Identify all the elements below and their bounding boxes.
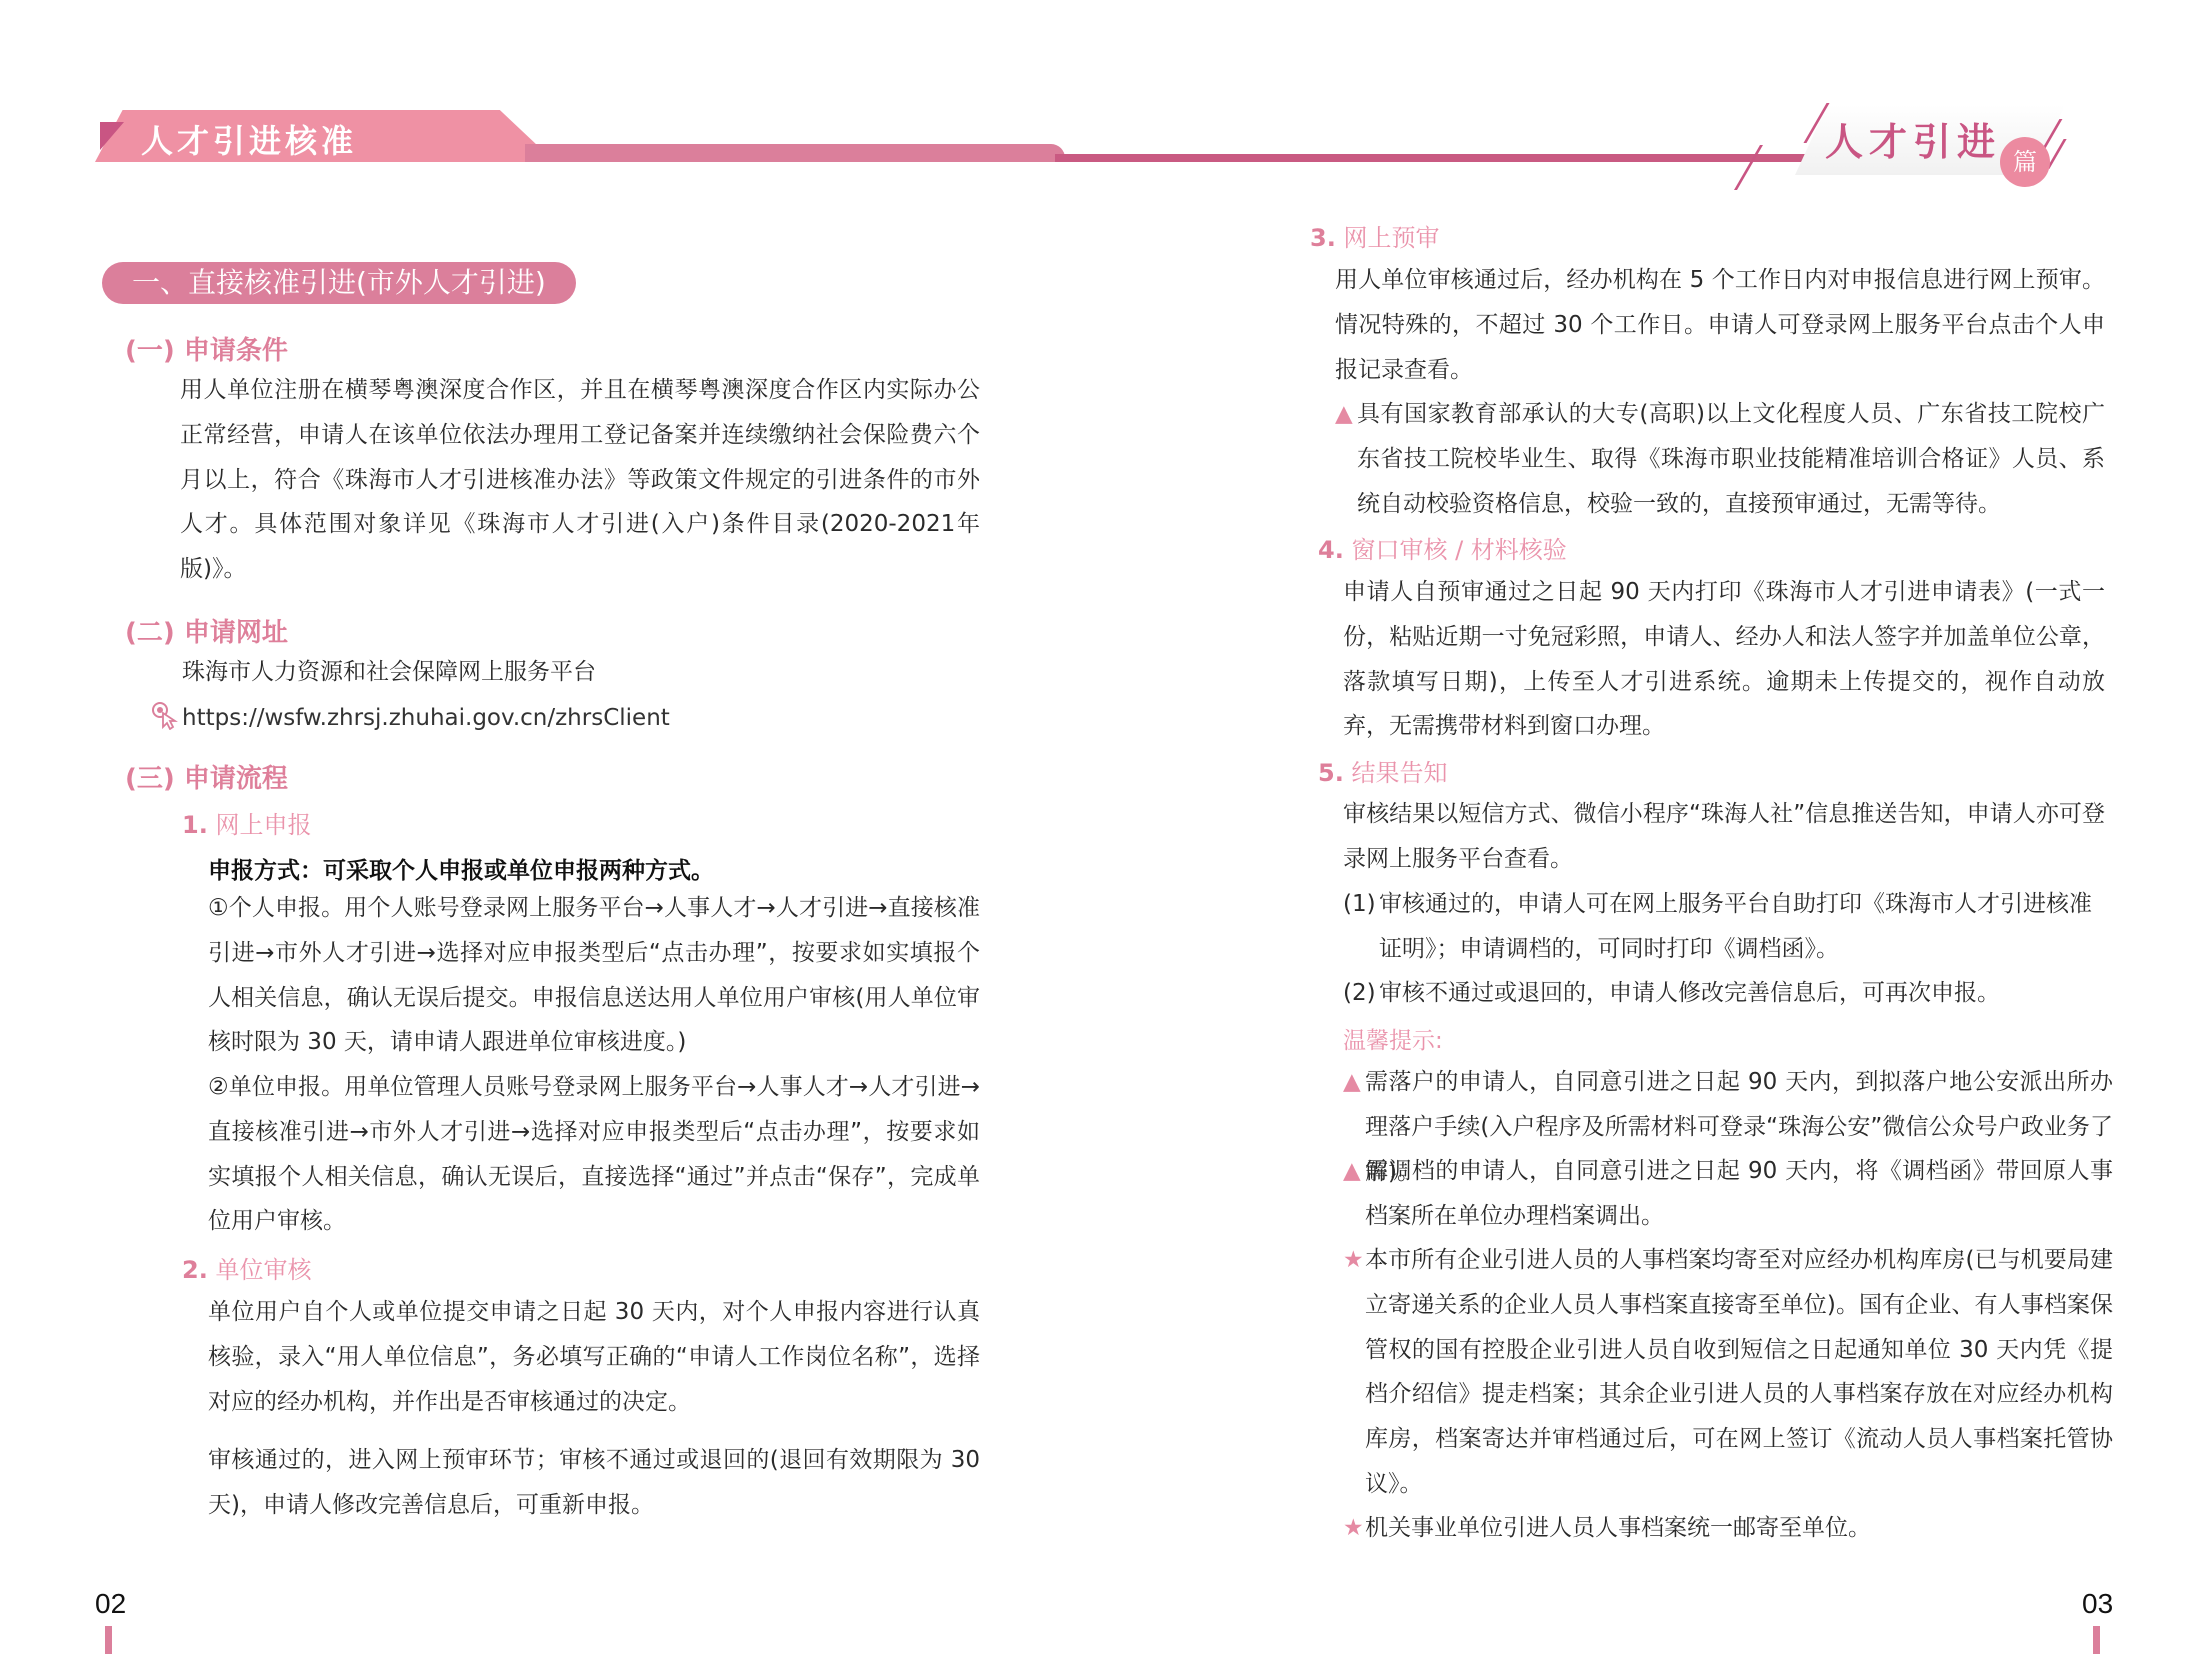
chapter-header-banner: 人才引进核准 (95, 110, 1975, 170)
tip-item: ▲ 需调档的申请人，自同意引进之日起 90 天内，将《调档函》带回原人事档案所在… (1343, 1149, 2113, 1239)
pre-review-note: ▲ 具有国家教育部承认的大专(高职)以上文化程度人员、广东省技工院校广东省技工院… (1335, 392, 2105, 526)
conditions-heading: (一) 申请条件 (125, 330, 288, 367)
step1-heading: 1. 网上申报 (182, 805, 311, 840)
tip-item: ★ 本市所有企业引进人员的人事档案均寄至对应经办机构库房(已与机要局建立寄递关系… (1343, 1238, 2113, 1507)
step4-heading: 4. 窗口审核 / 材料核验 (1318, 530, 1567, 565)
step-number: 4. (1318, 536, 1344, 564)
star-bullet-icon: ★ (1343, 1506, 1365, 1551)
step-title: 结果告知 (1351, 759, 1447, 787)
result-item-text: 审核通过的，申请人可在网上服务平台自助打印《珠海市人才引进核准证明》；申请调档的… (1379, 882, 2105, 972)
step-number: 1. (182, 811, 208, 839)
tip-text: 本市所有企业引进人员的人事档案均寄至对应经办机构库房(已与机要局建立寄递关系的企… (1365, 1238, 2113, 1507)
website-link-row[interactable]: https://wsfw.zhrsj.zhuhai.gov.cn/zhrsCli… (150, 700, 670, 736)
result-notice-text: 审核结果以短信方式、微信小程序“珠海人社”信息推送告知，申请人亦可登录网上服务平… (1343, 792, 2105, 882)
step-number: 2. (182, 1256, 208, 1284)
page-number-right: 03 (2082, 1588, 2113, 1620)
step-number: 3. (1310, 224, 1336, 252)
tips-heading: 温馨提示: (1343, 1022, 1443, 1055)
online-pre-review-text: 用人单位审核通过后，经办机构在 5 个工作日内对申报信息进行网上预审。情况特殊的… (1335, 258, 2105, 392)
personal-submission-text: ①个人申报。用个人账号登录网上服务平台→人事人才→人才引进→直接核准引进→市外人… (208, 886, 980, 1065)
page-marker-left (105, 1626, 112, 1654)
badge-circle-label: 篇 (2000, 137, 2050, 187)
step-title: 网上申报 (215, 811, 311, 839)
tip-item: ★ 机关事业单位引进人员人事档案统一邮寄至单位。 (1343, 1506, 2113, 1551)
tip-text: 需调档的申请人，自同意引进之日起 90 天内，将《调档函》带回原人事档案所在单位… (1365, 1149, 2113, 1239)
header-divider-line (1055, 154, 1855, 162)
item-number: (2) (1343, 971, 1379, 1016)
step-title: 网上预审 (1343, 224, 1439, 252)
step3-heading: 3. 网上预审 (1310, 218, 1439, 253)
star-bullet-icon: ★ (1343, 1238, 1365, 1507)
submission-method: 申报方式：可采取个人申报或单位申报两种方式。 (208, 852, 714, 885)
conditions-text: 用人单位注册在横琴粤澳深度合作区，并且在横琴粤澳深度合作区内实际办公正常经营，申… (180, 368, 980, 592)
unit-review-result-text: 审核通过的，进入网上预审环节；审核不通过或退回的(退回有效期限为 30 天)，申… (208, 1438, 980, 1528)
item-number: (1) (1343, 882, 1379, 972)
pre-review-note-text: 具有国家教育部承认的大专(高职)以上文化程度人员、广东省技工院校广东省技工院校毕… (1357, 392, 2105, 526)
page-number-left: 02 (95, 1588, 126, 1620)
step5-heading: 5. 结果告知 (1318, 753, 1447, 788)
section-title-pill: 一、直接核准引进(市外人才引进) (102, 262, 576, 304)
platform-name: 珠海市人力资源和社会保障网上服务平台 (182, 650, 596, 695)
unit-review-text: 单位用户自个人或单位提交申请之日起 30 天内，对个人申报内容进行认真核验，录入… (208, 1290, 980, 1424)
pointer-click-icon (150, 700, 178, 736)
triangle-bullet-icon: ▲ (1343, 1149, 1365, 1239)
header-tab-extension (525, 144, 1065, 162)
result-item: (2) 审核不通过或退回的，申请人修改完善信息后，可再次申报。 (1343, 971, 2105, 1016)
page-marker-right (2093, 1626, 2100, 1654)
step-title: 单位审核 (215, 1256, 311, 1284)
step-number: 5. (1318, 759, 1344, 787)
triangle-bullet-icon: ▲ (1335, 392, 1357, 526)
tip-text: 机关事业单位引进人员人事档案统一邮寄至单位。 (1365, 1506, 2113, 1551)
badge-title: 人才引进 (1825, 111, 2001, 166)
chapter-title: 人才引进核准 (141, 116, 357, 162)
window-review-text: 申请人自预审通过之日起 90 天内打印《珠海市人才引进申请表》(一式一份，粘贴近… (1343, 570, 2105, 749)
step-title: 窗口审核 / 材料核验 (1351, 536, 1566, 564)
step2-heading: 2. 单位审核 (182, 1250, 311, 1285)
website-heading: (二) 申请网址 (125, 612, 288, 649)
section-badge: 人才引进 篇 (1755, 95, 2085, 190)
process-heading: (三) 申请流程 (125, 758, 288, 795)
result-item: (1) 审核通过的，申请人可在网上服务平台自助打印《珠海市人才引进核准证明》；申… (1343, 882, 2105, 972)
unit-submission-text: ②单位申报。用单位管理人员账号登录网上服务平台→人事人才→人才引进→直接核准引进… (208, 1065, 980, 1244)
result-item-text: 审核不通过或退回的，申请人修改完善信息后，可再次申报。 (1379, 971, 2105, 1016)
website-url-link[interactable]: https://wsfw.zhrsj.zhuhai.gov.cn/zhrsCli… (182, 705, 670, 731)
